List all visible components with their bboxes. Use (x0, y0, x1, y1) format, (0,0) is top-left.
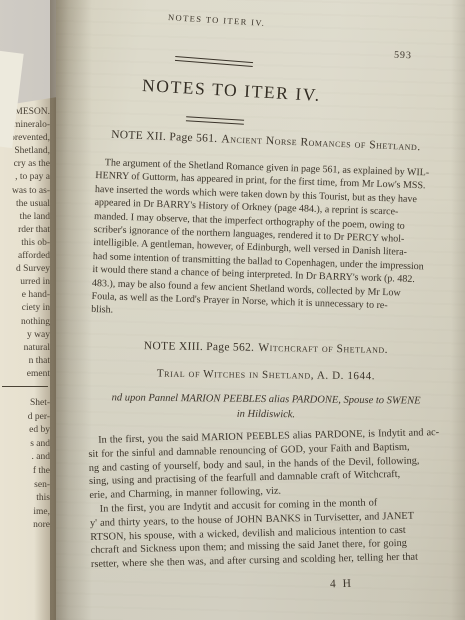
margin-text-line: natural (0, 342, 50, 355)
margin-text-line: nothing (0, 316, 50, 329)
margin-text-line: this (0, 492, 50, 506)
book-photo: JAMESON.mineralo-prevented,Shetland,cry … (0, 0, 465, 620)
note13-label: NOTE XIII. Page 562. (144, 340, 255, 354)
margin-text-line: this ob- (0, 237, 50, 250)
margin-text-line: y way (0, 329, 50, 342)
note12-heading: NOTE XII. Page 561. Ancient Norse Romanc… (94, 124, 438, 156)
header-double-rule (175, 56, 253, 67)
margin-text-line: d per- (0, 411, 50, 425)
margin-text-line: ed by (0, 424, 50, 438)
margin-text-line: e hand- (0, 289, 50, 302)
margin-text-line: ime, (0, 506, 50, 520)
note13-heading: NOTE XIII. Page 562. Witchcraft of Shetl… (94, 335, 438, 358)
margin-text-line: n that (0, 355, 50, 368)
trial-heading: Trial of Witches in Shetland, A. D. 1644… (94, 367, 438, 383)
note12-paragraph: The argument of the Shetland Romance giv… (91, 156, 448, 328)
margin-text-line: nore (0, 519, 50, 533)
margin-text-line: afforded (0, 250, 50, 263)
gutter-shadow (50, 0, 92, 620)
margin-text-line: ciety in (0, 302, 50, 315)
margin-text-line: the land (0, 211, 50, 224)
note13-subject: Witchcraft of Shetland. (258, 342, 388, 356)
running-header: NOTES TO ITER IV. (168, 12, 266, 28)
page-right-shade (451, 0, 465, 620)
margin-text-line: s and (0, 438, 50, 452)
note12-label: NOTE XII. Page 561. (111, 129, 218, 145)
margin-text-line: , to pay a (0, 171, 50, 184)
margin-text-line: . and (0, 451, 50, 465)
page-title: NOTES TO ITER IV. (142, 75, 322, 106)
page-number: 593 (394, 50, 412, 61)
margin-text-line: was to as- (0, 185, 50, 198)
margin-text-line: sen- (0, 479, 50, 493)
margin-text-line: d Survey (0, 263, 50, 276)
margin-text-line: urred in (0, 276, 50, 289)
margin-text-line: cry as the (0, 158, 50, 171)
margin-text-line: rder that (0, 224, 50, 237)
book-page: NOTES TO ITER IV. 593 NOTES TO ITER IV. … (56, 0, 465, 620)
margin-text-line: ement (0, 368, 50, 381)
note12-subject: Ancient Norse Romances of Shetland. (221, 133, 421, 153)
margin-text-line: f the (0, 465, 50, 479)
trial-paragraph: In the first, you the said MARION PEEBLE… (88, 426, 451, 572)
facing-page-text-lower: Shet-d per-ed bys and. andf thesen-thisi… (0, 397, 50, 533)
margin-text-line: the usual (0, 198, 50, 211)
signature-mark: 4 H (330, 578, 353, 591)
margin-text-line: Shet- (0, 397, 50, 411)
trial-citation: nd upon Pannel MARION PEEBLES alias PARD… (86, 390, 446, 424)
margin-section-rule (2, 386, 48, 387)
title-double-rule (186, 116, 244, 125)
